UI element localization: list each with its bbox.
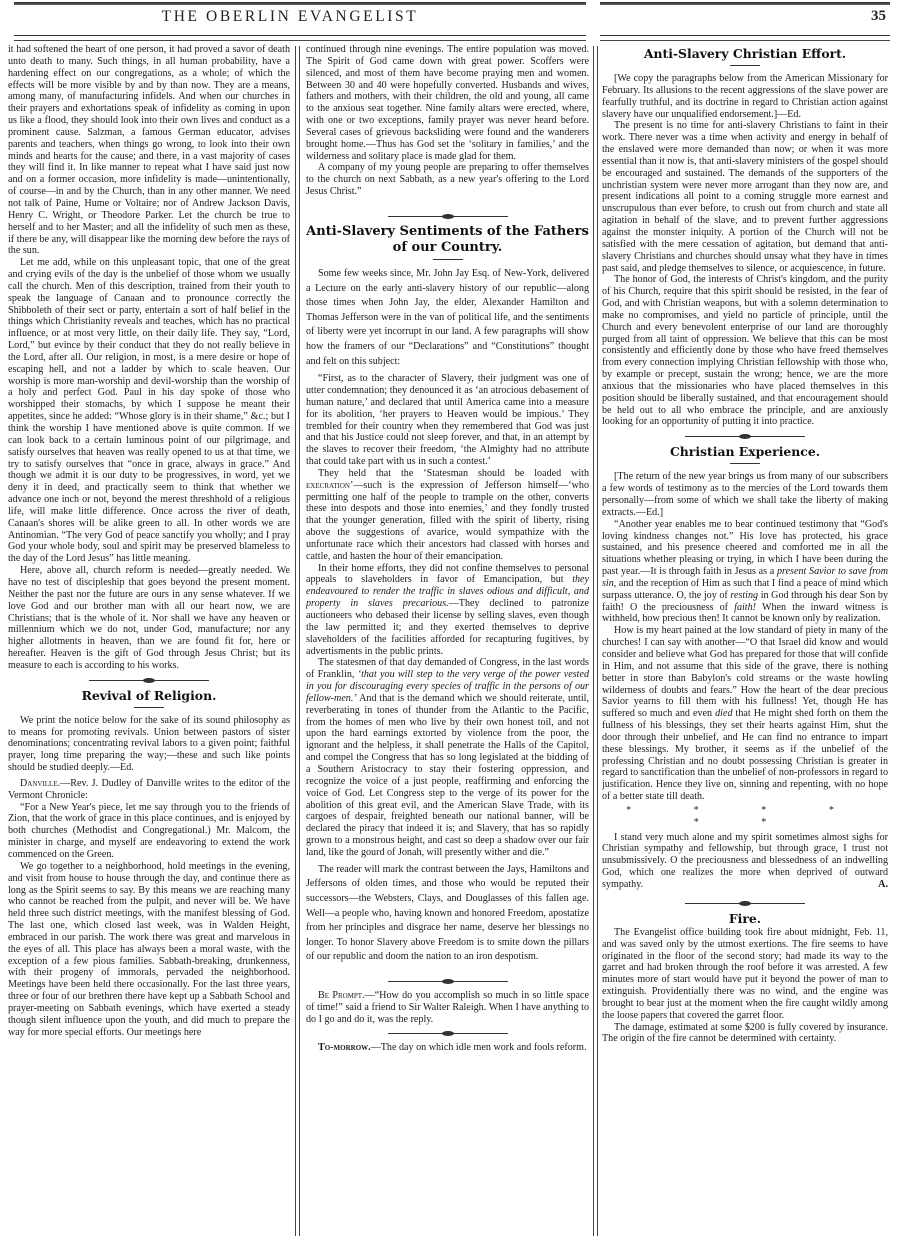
masthead-title: THE OBERLIN EVANGELIST	[0, 8, 580, 26]
effort-intro: [We copy the paragraphs below from the A…	[602, 73, 888, 120]
text-span: ’—such is the expression of Jefferson hi…	[306, 480, 589, 562]
column-divider-2	[593, 46, 598, 1236]
column-2: continued through nine evenings. The ent…	[306, 44, 589, 1054]
section-ornament-divider	[89, 678, 209, 683]
experience-paragraph: “Another year enables me to bear continu…	[602, 519, 888, 626]
effort-paragraph: The honor of God, the interests of Chris…	[602, 274, 888, 428]
heading-underline	[730, 463, 760, 464]
tomorrow-text: —The day on which idle men work and fool…	[371, 1042, 587, 1053]
heading-underline	[134, 707, 164, 708]
section-ornament-divider	[388, 979, 508, 984]
fire-paragraph: The damage, estimated at some $200 is fu…	[602, 1022, 888, 1046]
column-divider-1	[295, 46, 300, 1236]
text-span: They held that the ‘Statesman should be …	[318, 468, 589, 479]
effort-heading: Anti-Slavery Christian Effort.	[602, 46, 888, 62]
fathers-quote-paragraph: They held that the ‘Statesman should be …	[306, 468, 589, 563]
fathers-quote-paragraph: In their home efforts, they did not conf…	[306, 563, 589, 658]
text-span: I stand very much alone and my spirit so…	[602, 832, 888, 890]
heading-underline	[433, 259, 463, 260]
dateline-danville: Danville.	[20, 778, 60, 789]
revival-letter-continuation: continued through nine evenings. The ent…	[306, 44, 589, 162]
fathers-quote-paragraph: “First, as to the character of Slavery, …	[306, 373, 589, 468]
section-asterisks: * * * * * *	[602, 805, 888, 829]
fathers-quote-paragraph: The statesmen of that day demanded of Co…	[306, 657, 589, 858]
tomorrow-label: To-morrow.	[318, 1042, 371, 1053]
top-rule-right	[600, 2, 890, 5]
revival-letter-paragraph: We go together to a neighborhood, hold m…	[8, 861, 290, 1039]
smallcaps-span: execration	[306, 480, 350, 491]
column-1: it had softened the heart of one person,…	[8, 44, 290, 1039]
section-ornament-divider	[388, 214, 508, 219]
be-prompt-label: Be Prompt.	[318, 990, 365, 1001]
article-paragraph: Here, above all, church reform is needed…	[8, 565, 290, 672]
fathers-intro: Some few weeks since, Mr. John Jay Esq. …	[306, 267, 589, 369]
text-span: How is my heart pained at the low standa…	[602, 625, 888, 719]
experience-heading: Christian Experience.	[602, 444, 888, 460]
fire-paragraph: The Evangelist office building took fire…	[602, 927, 888, 1022]
effort-paragraph: The present is no time for anti-slavery …	[602, 120, 888, 274]
revival-letter-paragraph: “For a New Year's piece, let me say thro…	[8, 802, 290, 861]
revival-letter-closing: A company of my young people are prepari…	[306, 162, 589, 198]
signature: A.	[866, 879, 888, 891]
text-span: And that is the demand which we should r…	[306, 693, 589, 858]
section-ornament-divider	[388, 1031, 508, 1036]
fathers-closing: The reader will mark the contrast betwee…	[306, 863, 589, 965]
italic-span: faith!	[734, 602, 756, 613]
section-ornament-divider	[685, 901, 805, 906]
experience-paragraph: I stand very much alone and my spirit so…	[602, 832, 888, 891]
fathers-heading: Anti-Slavery Sentiments of the Fathers o…	[306, 224, 589, 256]
top-rule-left	[14, 2, 586, 5]
page-number: 35	[871, 8, 886, 25]
experience-paragraph: How is my heart pained at the low standa…	[602, 625, 888, 803]
text-span: that He might shed forth on them the ful…	[602, 708, 888, 802]
revival-heading: Revival of Religion.	[8, 688, 290, 704]
text-span: In their home efforts, they did not conf…	[306, 563, 589, 586]
be-prompt-item: Be Prompt.—“How do you accomplish so muc…	[306, 990, 589, 1026]
experience-intro: [The return of the new year brings us fr…	[602, 471, 888, 518]
section-ornament-divider	[685, 434, 805, 439]
fire-heading: Fire.	[602, 911, 888, 927]
article-continuation-paragraph: it had softened the heart of one person,…	[8, 44, 290, 257]
tomorrow-item: To-morrow.—The day on which idle men wor…	[306, 1042, 589, 1054]
revival-dateline-paragraph: Danville.—Rev. J. Dudley of Danville wri…	[8, 778, 290, 802]
revival-intro: We print the notice below for the sake o…	[8, 715, 290, 774]
article-paragraph: Let me add, while on this unpleasant top…	[8, 257, 290, 565]
italic-span: died	[715, 708, 732, 719]
column-3: Anti-Slavery Christian Effort. [We copy …	[602, 44, 888, 1045]
italic-span: resting	[730, 590, 758, 601]
header-rule-right	[600, 35, 890, 41]
header-rule-left	[14, 35, 586, 41]
heading-underline	[730, 65, 760, 66]
